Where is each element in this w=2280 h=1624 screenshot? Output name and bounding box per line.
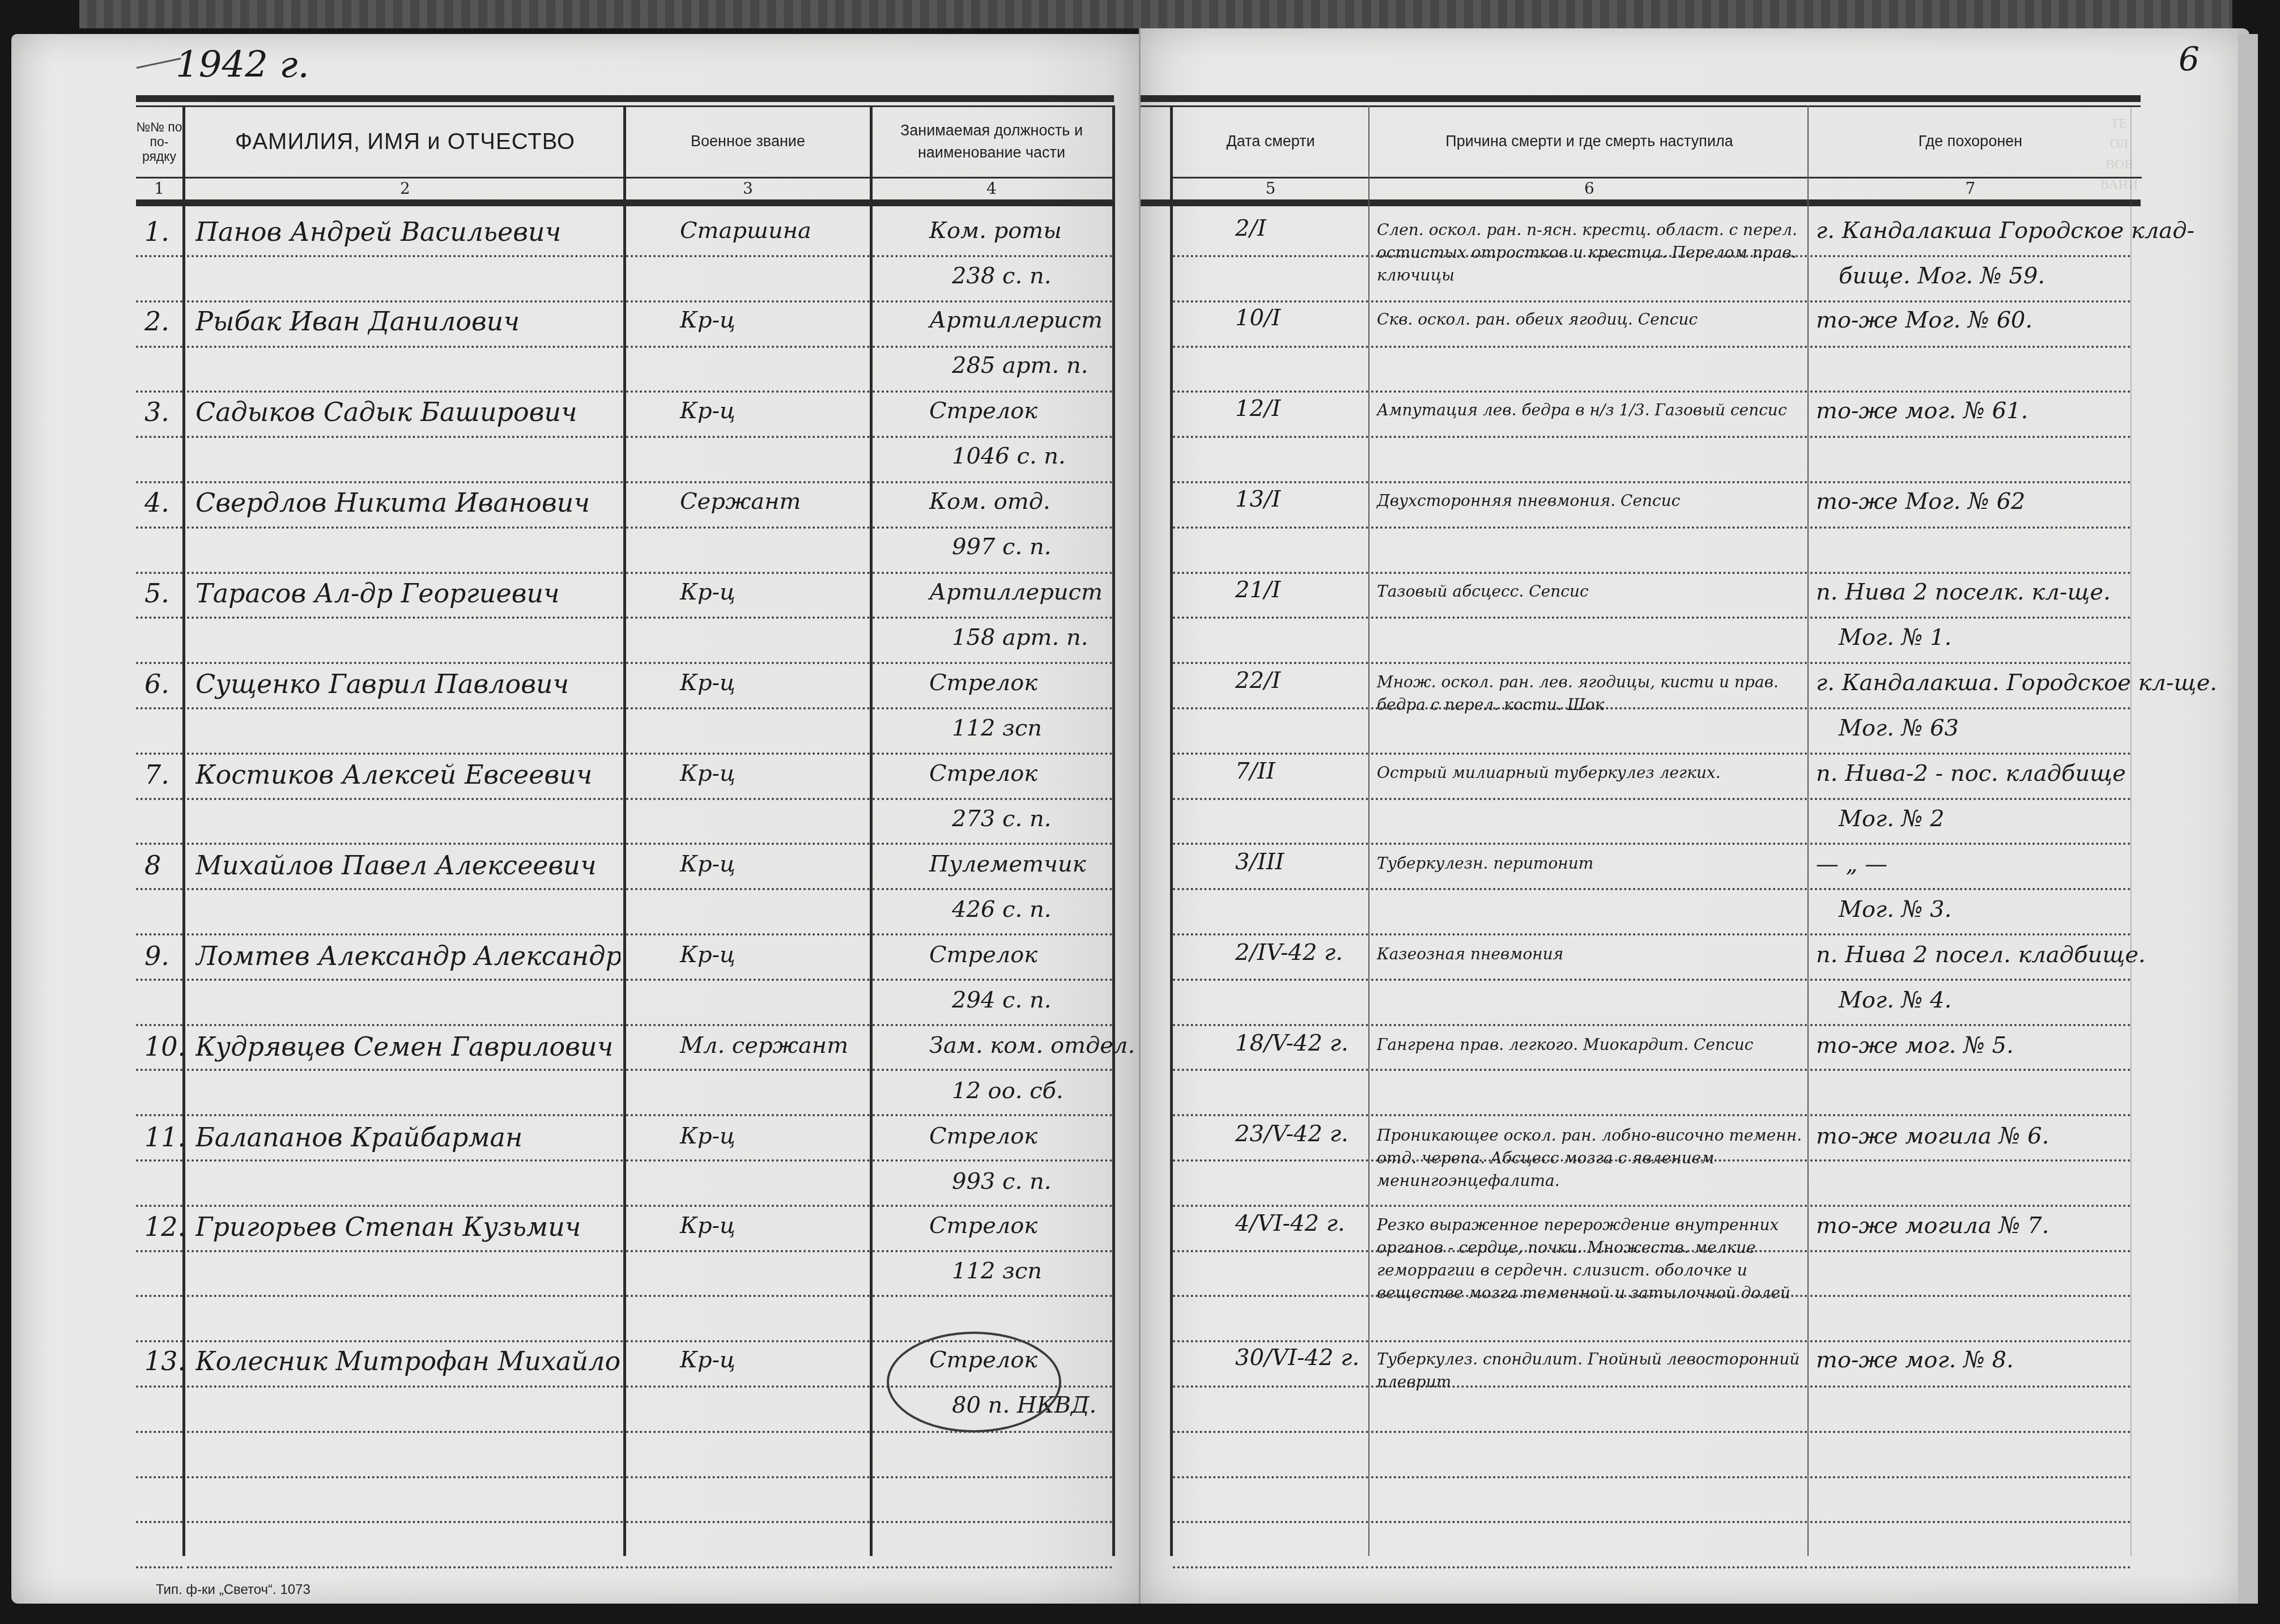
row-dotted-rule bbox=[1810, 1476, 2130, 1478]
record-number: 2. bbox=[144, 306, 169, 337]
record-number: 12. bbox=[144, 1211, 186, 1242]
record-cause: Ампутация лев. бедра в н/з 1/3. Газовый … bbox=[1377, 399, 1807, 422]
record-burial-line1: то-же мог. № 8. bbox=[1816, 1347, 2014, 1373]
record-post-line2: 426 с. п. bbox=[952, 896, 1051, 922]
record-post-line2: 12 оо. сб. bbox=[952, 1078, 1064, 1104]
row-dotted-rule bbox=[1810, 1295, 2130, 1297]
row-dotted-rule bbox=[873, 572, 1112, 574]
row-dotted-rule bbox=[1810, 481, 2130, 483]
row-dotted-rule bbox=[626, 1024, 870, 1026]
header-top-rule-right bbox=[1141, 95, 2141, 102]
row-dotted-rule bbox=[1810, 707, 2130, 709]
row-dotted-rule bbox=[187, 1250, 623, 1252]
row-dotted-rule bbox=[136, 1024, 182, 1026]
row-dotted-rule bbox=[1810, 933, 2130, 936]
record-post-line1: Стрелок bbox=[929, 1213, 1037, 1239]
row-dotted-rule bbox=[873, 1566, 1112, 1568]
record-date: 21/I bbox=[1235, 577, 1281, 603]
record-name: Свердлов Никита Иванович bbox=[195, 487, 590, 518]
row-dotted-rule bbox=[1810, 1566, 2130, 1568]
row-dotted-rule bbox=[626, 888, 870, 890]
record-date: 12/I bbox=[1235, 396, 1281, 422]
row-dotted-rule bbox=[1810, 1431, 2130, 1433]
record-date: 13/I bbox=[1235, 486, 1281, 512]
row-dotted-rule bbox=[873, 1024, 1112, 1026]
row-dotted-rule bbox=[626, 346, 870, 348]
row-dotted-rule bbox=[626, 436, 870, 438]
row-dotted-rule bbox=[1371, 572, 1807, 574]
row-dotted-rule bbox=[873, 1521, 1112, 1523]
row-dotted-rule bbox=[1173, 1295, 1368, 1297]
record-name: Григорьев Степан Кузьмич bbox=[195, 1211, 581, 1242]
record-cause: Туберкулез. спондилит. Гнойный левосторо… bbox=[1377, 1348, 1807, 1393]
record-burial-line1: то-же мог. № 5. bbox=[1816, 1032, 2014, 1058]
row-dotted-rule bbox=[1810, 662, 2130, 664]
row-dotted-rule bbox=[1173, 300, 1368, 303]
circled-unit-annotation bbox=[887, 1332, 1061, 1432]
row-dotted-rule bbox=[136, 390, 182, 393]
row-dotted-rule bbox=[1371, 1069, 1807, 1071]
row-dotted-rule bbox=[1810, 1205, 2130, 1207]
header-col-post: Занимаемая должность и наименование част… bbox=[884, 108, 1099, 176]
row-dotted-rule bbox=[187, 617, 623, 619]
row-dotted-rule bbox=[873, 753, 1112, 755]
row-dotted-rule bbox=[1371, 933, 1807, 936]
record-burial-line2: Мог. № 3. bbox=[1839, 896, 1951, 922]
header-col-name: ФАМИЛИЯ, ИМЯ и ОТЧЕСТВО bbox=[187, 108, 623, 176]
record-post-line1: Стрелок bbox=[929, 942, 1037, 968]
row-dotted-rule bbox=[1810, 572, 2130, 574]
colnum-4: 4 bbox=[873, 179, 1111, 198]
row-dotted-rule bbox=[1810, 1521, 2130, 1523]
record-name: Ломтев Александр Александрович bbox=[195, 941, 620, 971]
row-dotted-rule bbox=[626, 255, 870, 257]
col-divider-2 bbox=[623, 105, 626, 1556]
row-dotted-rule bbox=[187, 979, 623, 981]
row-dotted-rule bbox=[1173, 798, 1368, 800]
row-dotted-rule bbox=[626, 1205, 870, 1207]
row-dotted-rule bbox=[873, 1069, 1112, 1071]
record-cause: Гангрена прав. легкого. Миокардит. Сепси… bbox=[1377, 1034, 1807, 1056]
row-dotted-rule bbox=[873, 843, 1112, 845]
record-post-line1: Стрелок bbox=[929, 760, 1037, 787]
row-dotted-rule bbox=[1173, 933, 1368, 936]
row-dotted-rule bbox=[187, 798, 623, 800]
row-dotted-rule bbox=[1810, 1069, 2130, 1071]
row-dotted-rule bbox=[873, 888, 1112, 890]
row-dotted-rule bbox=[187, 1385, 623, 1388]
row-dotted-rule bbox=[1810, 843, 2130, 845]
row-dotted-rule bbox=[136, 1566, 182, 1568]
record-rank: Кр-ц bbox=[680, 760, 735, 787]
record-post-line1: Стрелок bbox=[929, 670, 1037, 696]
row-dotted-rule bbox=[136, 888, 182, 890]
row-dotted-rule bbox=[1371, 300, 1807, 303]
row-dotted-rule bbox=[626, 1159, 870, 1162]
record-name: Рыбак Иван Данилович bbox=[195, 306, 520, 337]
torn-cover-edge bbox=[79, 0, 2232, 28]
record-burial-line1: п. Нива-2 - пос. кладбище bbox=[1816, 760, 2126, 787]
row-dotted-rule bbox=[626, 843, 870, 845]
row-dotted-rule bbox=[1173, 979, 1368, 981]
row-dotted-rule bbox=[873, 436, 1112, 438]
row-dotted-rule bbox=[1810, 1114, 2130, 1116]
record-burial-line1: то-же могила № 6. bbox=[1816, 1123, 2049, 1149]
row-dotted-rule bbox=[626, 798, 870, 800]
row-dotted-rule bbox=[187, 1431, 623, 1433]
record-post-line2: 112 зсп bbox=[952, 715, 1042, 741]
record-cause: Проникающее оскол. ран. лобно-височно те… bbox=[1377, 1124, 1807, 1192]
row-dotted-rule bbox=[1173, 1385, 1368, 1388]
row-dotted-rule bbox=[136, 300, 182, 303]
row-dotted-rule bbox=[1173, 1159, 1368, 1162]
row-dotted-rule bbox=[873, 933, 1112, 936]
record-cause: Скв. оскол. ран. обеих ягодиц. Сепсис bbox=[1377, 308, 1807, 331]
row-dotted-rule bbox=[187, 1205, 623, 1207]
row-dotted-rule bbox=[626, 1069, 870, 1071]
row-dotted-rule bbox=[626, 933, 870, 936]
row-dotted-rule bbox=[873, 300, 1112, 303]
row-dotted-rule bbox=[187, 390, 623, 393]
row-dotted-rule bbox=[873, 255, 1112, 257]
row-dotted-rule bbox=[1810, 979, 2130, 981]
row-dotted-rule bbox=[1173, 707, 1368, 709]
record-cause: Казеозная пневмония bbox=[1377, 943, 1807, 966]
colnum-5: 5 bbox=[1173, 179, 1368, 198]
row-dotted-rule bbox=[1371, 436, 1807, 438]
row-dotted-rule bbox=[1173, 1476, 1368, 1478]
record-name: Тарасов Ал-др Георгиевич bbox=[195, 578, 560, 609]
row-dotted-rule bbox=[626, 617, 870, 619]
header-col-date: Дата смерти bbox=[1173, 108, 1368, 176]
row-dotted-rule bbox=[626, 1295, 870, 1297]
colnum-1: 1 bbox=[136, 179, 182, 198]
row-dotted-rule bbox=[873, 979, 1112, 981]
row-dotted-rule bbox=[187, 346, 623, 348]
record-number: 3. bbox=[144, 397, 169, 427]
row-dotted-rule bbox=[136, 346, 182, 348]
row-dotted-rule bbox=[1810, 1159, 2130, 1162]
record-rank: Кр-ц bbox=[680, 670, 735, 696]
row-dotted-rule bbox=[626, 390, 870, 393]
row-dotted-rule bbox=[1173, 436, 1368, 438]
record-burial-line2: Мог. № 4. bbox=[1839, 987, 1951, 1013]
colnum-rule-right bbox=[1172, 177, 2142, 178]
row-dotted-rule bbox=[1173, 1114, 1368, 1116]
row-dotted-rule bbox=[873, 1250, 1112, 1252]
row-dotted-rule bbox=[187, 526, 623, 529]
row-dotted-rule bbox=[136, 617, 182, 619]
record-post-line2: 1046 с. п. bbox=[952, 443, 1066, 469]
record-number: 5. bbox=[144, 578, 169, 609]
row-dotted-rule bbox=[1371, 979, 1807, 981]
row-dotted-rule bbox=[1173, 481, 1368, 483]
record-burial-line2: Мог. № 2 bbox=[1839, 806, 1945, 832]
row-dotted-rule bbox=[136, 753, 182, 755]
record-cause: Двухсторонняя пневмония. Сепсис bbox=[1377, 490, 1807, 512]
row-dotted-rule bbox=[626, 1476, 870, 1478]
row-dotted-rule bbox=[1173, 1069, 1368, 1071]
row-dotted-rule bbox=[873, 798, 1112, 800]
record-number: 4. bbox=[144, 487, 169, 518]
row-dotted-rule bbox=[1173, 1340, 1368, 1342]
row-dotted-rule bbox=[1173, 1521, 1368, 1523]
header-sub-rule-right bbox=[1141, 105, 2141, 107]
record-date: 4/VI-42 г. bbox=[1235, 1210, 1345, 1236]
colnum-2: 2 bbox=[187, 179, 623, 198]
row-dotted-rule bbox=[626, 662, 870, 664]
record-post-line2: 238 с. п. bbox=[952, 263, 1051, 289]
row-dotted-rule bbox=[626, 481, 870, 483]
record-date: 23/V-42 г. bbox=[1235, 1121, 1349, 1147]
record-burial-line1: то-же Мог. № 62 bbox=[1816, 488, 2026, 515]
record-cause: Тазовый абсцесс. Сепсис bbox=[1377, 580, 1807, 603]
row-dotted-rule bbox=[187, 1295, 623, 1297]
record-burial-line2: бище. Мог. № 59. bbox=[1839, 263, 2045, 289]
row-dotted-rule bbox=[1810, 1340, 2130, 1342]
record-burial-line1: — „ — bbox=[1816, 851, 1887, 877]
row-dotted-rule bbox=[1173, 843, 1368, 845]
colnum-3: 3 bbox=[626, 179, 870, 198]
row-dotted-rule bbox=[187, 1024, 623, 1026]
record-cause: Туберкулезн. перитонит bbox=[1377, 852, 1807, 875]
year-note: 1942 г. bbox=[176, 44, 309, 86]
row-dotted-rule bbox=[136, 1340, 182, 1342]
row-dotted-rule bbox=[873, 390, 1112, 393]
row-dotted-rule bbox=[187, 1159, 623, 1162]
row-dotted-rule bbox=[873, 1114, 1112, 1116]
row-dotted-rule bbox=[1810, 1024, 2130, 1026]
row-dotted-rule bbox=[1810, 526, 2130, 529]
row-dotted-rule bbox=[1371, 390, 1807, 393]
row-dotted-rule bbox=[187, 481, 623, 483]
record-date: 18/V-42 г. bbox=[1235, 1030, 1349, 1056]
row-dotted-rule bbox=[187, 572, 623, 574]
record-burial-line1: г. Кандалакша. Городское кл-ще. bbox=[1816, 670, 2217, 696]
record-post-line1: Стрелок bbox=[929, 398, 1037, 424]
record-rank: Сержант bbox=[680, 488, 801, 515]
record-post-line2: 273 с. п. bbox=[952, 806, 1051, 832]
row-dotted-rule bbox=[626, 1250, 870, 1252]
row-dotted-rule bbox=[1173, 255, 1368, 257]
row-dotted-rule bbox=[1371, 1340, 1807, 1342]
row-dotted-rule bbox=[1810, 617, 2130, 619]
row-dotted-rule bbox=[136, 1250, 182, 1252]
record-number: 6. bbox=[144, 669, 169, 699]
row-dotted-rule bbox=[1371, 1114, 1807, 1116]
row-dotted-rule bbox=[1371, 753, 1807, 755]
row-dotted-rule bbox=[136, 1431, 182, 1433]
row-dotted-rule bbox=[873, 526, 1112, 529]
row-dotted-rule bbox=[1371, 843, 1807, 845]
row-dotted-rule bbox=[1371, 617, 1807, 619]
row-dotted-rule bbox=[626, 979, 870, 981]
record-name: Балапанов Крайбарман bbox=[195, 1122, 522, 1153]
row-dotted-rule bbox=[873, 1205, 1112, 1207]
row-dotted-rule bbox=[1371, 526, 1807, 529]
record-date: 10/I bbox=[1235, 305, 1281, 331]
row-dotted-rule bbox=[626, 707, 870, 709]
row-dotted-rule bbox=[187, 843, 623, 845]
row-dotted-rule bbox=[1173, 346, 1368, 348]
record-post-line2: 285 арт. п. bbox=[952, 352, 1088, 379]
col-divider-4 bbox=[1112, 105, 1115, 1556]
row-dotted-rule bbox=[136, 255, 182, 257]
record-rank: Кр-ц bbox=[680, 579, 735, 605]
row-dotted-rule bbox=[1173, 526, 1368, 529]
record-rank: Кр-ц bbox=[680, 307, 735, 333]
row-dotted-rule bbox=[1810, 390, 2130, 393]
page-stack-edge bbox=[2238, 34, 2258, 1604]
record-post-line1: Зам. ком. отдел. bbox=[929, 1032, 1135, 1058]
row-dotted-rule bbox=[873, 1159, 1112, 1162]
row-dotted-rule bbox=[626, 1114, 870, 1116]
record-number: 9. bbox=[144, 941, 169, 971]
row-dotted-rule bbox=[187, 255, 623, 257]
record-burial-line1: г. Кандалакша Городское клад- bbox=[1816, 218, 2194, 244]
record-number: 13. bbox=[144, 1346, 186, 1376]
row-dotted-rule bbox=[1810, 1385, 2130, 1388]
record-post-line1: Стрелок bbox=[929, 1123, 1037, 1149]
book-spine bbox=[1139, 28, 1141, 1604]
record-post-line1: Артиллерист bbox=[929, 307, 1103, 333]
row-dotted-rule bbox=[626, 1385, 870, 1388]
record-cause: Резко выраженное перерождение внутренних… bbox=[1377, 1214, 1807, 1304]
header-top-rule-left bbox=[136, 95, 1114, 102]
row-dotted-rule bbox=[626, 300, 870, 303]
record-burial-line1: то-же мог. № 61. bbox=[1816, 398, 2028, 424]
record-burial-line1: п. Нива 2 посел. кладбище. bbox=[1816, 942, 2146, 968]
row-dotted-rule bbox=[626, 1521, 870, 1523]
row-dotted-rule bbox=[187, 1114, 623, 1116]
row-dotted-rule bbox=[187, 753, 623, 755]
record-date: 3/III bbox=[1235, 849, 1284, 875]
row-dotted-rule bbox=[136, 1069, 182, 1071]
record-rank: Кр-ц bbox=[680, 851, 735, 877]
row-dotted-rule bbox=[626, 572, 870, 574]
row-dotted-rule bbox=[1371, 1521, 1807, 1523]
row-dotted-rule bbox=[136, 843, 182, 845]
row-dotted-rule bbox=[1371, 346, 1807, 348]
header-col-rank: Военное звание bbox=[626, 108, 870, 176]
row-dotted-rule bbox=[187, 1476, 623, 1478]
row-dotted-rule bbox=[873, 1476, 1112, 1478]
record-number: 1. bbox=[144, 216, 169, 247]
row-dotted-rule bbox=[187, 436, 623, 438]
printer-imprint: Тип. ф-ки „Светоч“. 1073 bbox=[156, 1582, 310, 1598]
record-date: 7/II bbox=[1235, 758, 1275, 784]
record-post-line2: 294 с. п. bbox=[952, 987, 1051, 1013]
record-number: 10. bbox=[144, 1031, 186, 1062]
record-name: Колесник Митрофан Михайлович bbox=[195, 1346, 620, 1376]
record-post-line1: Ком. роты bbox=[929, 218, 1062, 244]
header-col-burial: Где похоронен bbox=[1810, 108, 2130, 176]
row-dotted-rule bbox=[626, 526, 870, 529]
record-date: 2/IV-42 г. bbox=[1235, 939, 1343, 966]
record-burial-line1: п. Нива 2 поселк. кл-ще. bbox=[1816, 579, 2111, 605]
record-burial-line2: Мог. № 1. bbox=[1839, 624, 1951, 651]
record-burial-line1: то-же могила № 7. bbox=[1816, 1213, 2049, 1239]
row-dotted-rule bbox=[873, 1295, 1112, 1297]
row-dotted-rule bbox=[626, 1340, 870, 1342]
row-dotted-rule bbox=[187, 933, 623, 936]
record-post-line2: 112 зсп bbox=[952, 1258, 1042, 1284]
record-burial-line2: Мог. № 63 bbox=[1839, 715, 1959, 741]
row-dotted-rule bbox=[1371, 888, 1807, 890]
record-name: Садыков Садык Баширович bbox=[195, 397, 577, 427]
row-dotted-rule bbox=[1810, 346, 2130, 348]
row-dotted-rule bbox=[136, 526, 182, 529]
row-dotted-rule bbox=[187, 1566, 623, 1568]
record-name: Костиков Алексей Евсеевич bbox=[195, 759, 593, 790]
row-dotted-rule bbox=[187, 1069, 623, 1071]
row-dotted-rule bbox=[1371, 1476, 1807, 1478]
row-dotted-rule bbox=[136, 933, 182, 936]
record-post-line2: 158 арт. п. bbox=[952, 624, 1088, 651]
row-dotted-rule bbox=[187, 1521, 623, 1523]
record-date: 22/I bbox=[1235, 668, 1281, 694]
row-dotted-rule bbox=[1810, 300, 2130, 303]
record-rank: Кр-ц bbox=[680, 1347, 735, 1373]
row-dotted-rule bbox=[1810, 753, 2130, 755]
row-dotted-rule bbox=[136, 707, 182, 709]
row-dotted-rule bbox=[136, 662, 182, 664]
row-dotted-rule bbox=[1371, 1024, 1807, 1026]
row-dotted-rule bbox=[187, 888, 623, 890]
row-dotted-rule bbox=[136, 1521, 182, 1523]
row-dotted-rule bbox=[136, 1295, 182, 1297]
record-cause: Острый милиарный туберкулез легких. bbox=[1377, 762, 1807, 784]
row-dotted-rule bbox=[136, 1205, 182, 1207]
row-dotted-rule bbox=[626, 1566, 870, 1568]
record-post-line2: 993 с. п. bbox=[952, 1168, 1051, 1194]
record-rank: Кр-ц bbox=[680, 1123, 735, 1149]
page-number: 6 bbox=[2179, 40, 2200, 78]
row-dotted-rule bbox=[1173, 1566, 1368, 1568]
col-divider-1 bbox=[182, 105, 185, 1556]
row-dotted-rule bbox=[1371, 662, 1807, 664]
record-date: 30/VI-42 г. bbox=[1235, 1345, 1359, 1371]
row-dotted-rule bbox=[136, 1159, 182, 1162]
row-dotted-rule bbox=[136, 1114, 182, 1116]
row-dotted-rule bbox=[873, 707, 1112, 709]
record-post-line1: Пулеметчик bbox=[929, 851, 1086, 877]
row-dotted-rule bbox=[1173, 390, 1368, 393]
row-dotted-rule bbox=[1810, 436, 2130, 438]
row-dotted-rule bbox=[136, 1476, 182, 1478]
row-dotted-rule bbox=[1173, 1205, 1368, 1207]
body-top-rule-right bbox=[1141, 199, 2141, 206]
record-post-line1: Ком. отд. bbox=[929, 488, 1050, 515]
row-dotted-rule bbox=[1173, 1024, 1368, 1026]
col-divider-8 bbox=[2130, 105, 2132, 1556]
row-dotted-rule bbox=[1173, 617, 1368, 619]
row-dotted-rule bbox=[873, 481, 1112, 483]
record-rank: Кр-ц bbox=[680, 398, 735, 424]
header-col-cause: Причина смерти и где смерть наступила bbox=[1371, 108, 1807, 176]
row-dotted-rule bbox=[626, 753, 870, 755]
col-divider-6 bbox=[1368, 105, 1369, 1556]
record-post-line1: Артиллерист bbox=[929, 579, 1103, 605]
row-dotted-rule bbox=[136, 481, 182, 483]
record-name: Панов Андрей Васильевич bbox=[195, 216, 561, 247]
record-post-line2: 997 с. п. bbox=[952, 534, 1051, 560]
header-col-number: №№ по по- рядку bbox=[136, 108, 182, 176]
record-rank: Кр-ц bbox=[680, 942, 735, 968]
row-dotted-rule bbox=[873, 617, 1112, 619]
row-dotted-rule bbox=[1810, 888, 2130, 890]
row-dotted-rule bbox=[1810, 1250, 2130, 1252]
